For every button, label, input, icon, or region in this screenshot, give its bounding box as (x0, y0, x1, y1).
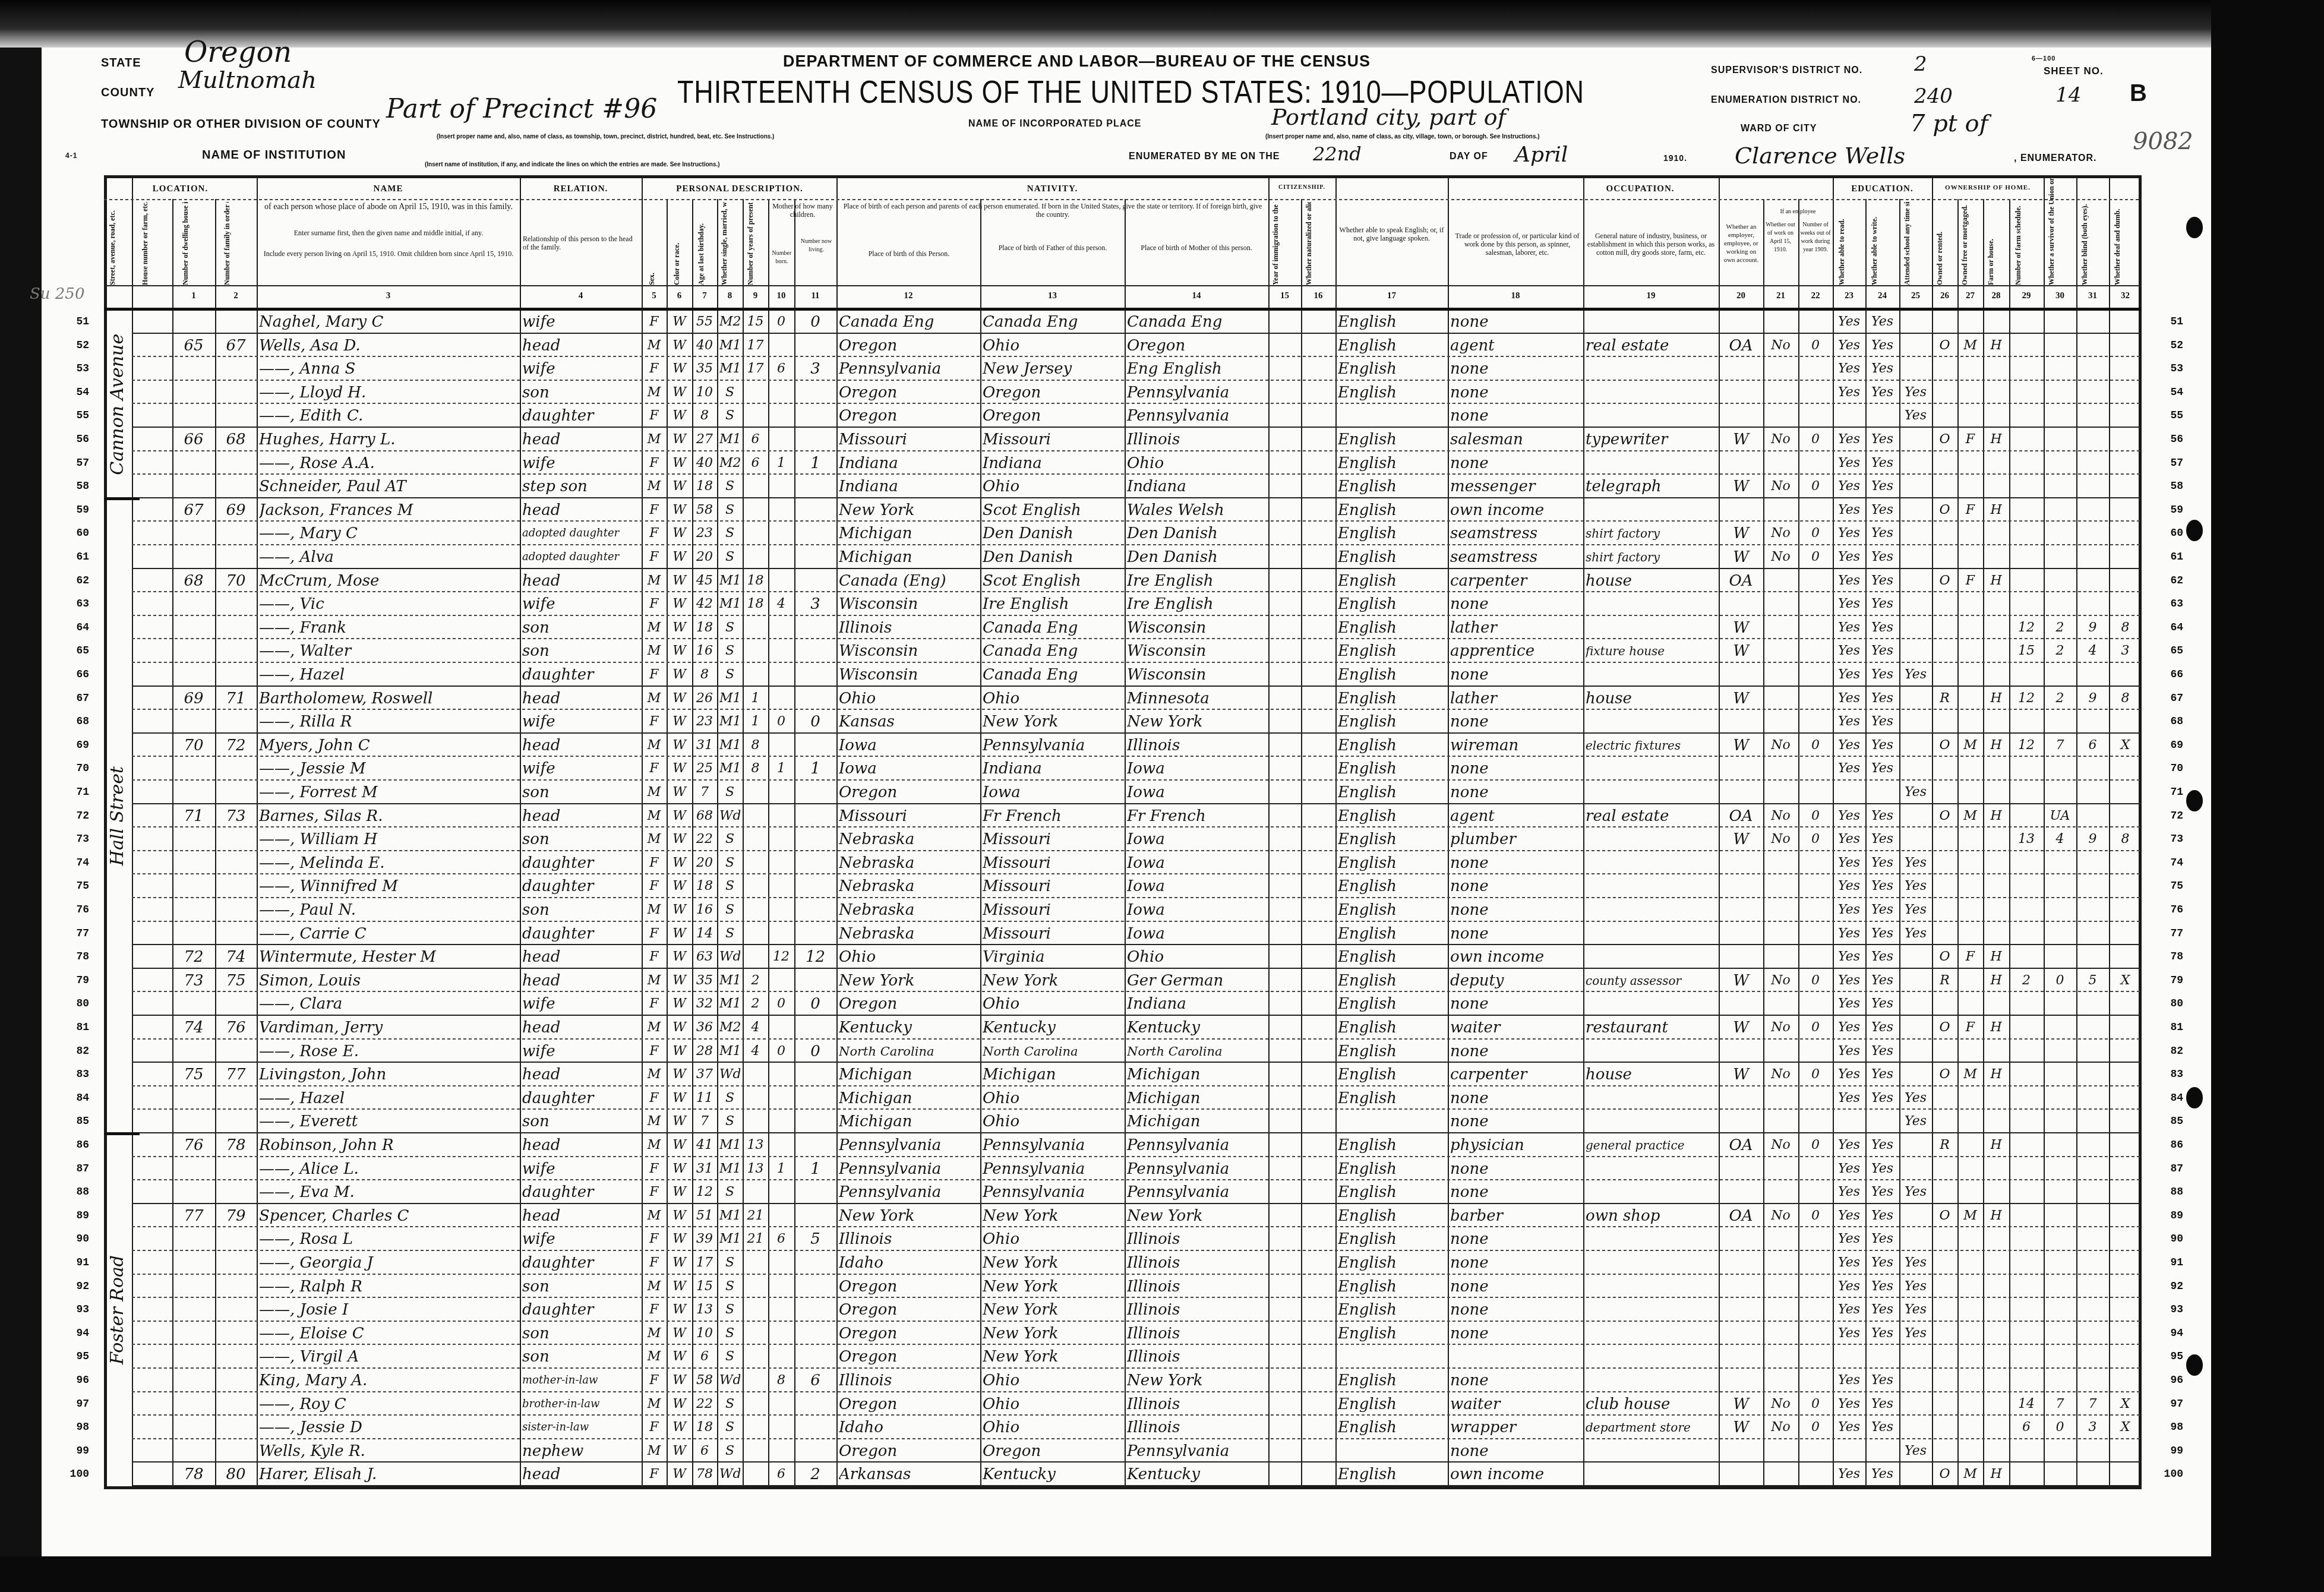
cell-fh: H (1985, 1463, 2007, 1486)
cell-mar: S (719, 852, 740, 874)
cell-eng: English (1338, 875, 1445, 898)
cell-emp: W (1721, 546, 1761, 568)
cell-trade: none (1450, 1181, 1581, 1204)
cell-c32: X (2111, 734, 2139, 757)
cell-mar: S (719, 1322, 740, 1345)
cell-emp: OA (1721, 1205, 1761, 1227)
cell-age: 36 (694, 1016, 715, 1039)
cell-fh: H (1985, 734, 2007, 757)
cell-bm: Iowa (1127, 923, 1266, 945)
column-divider (2076, 175, 2077, 1489)
row-number-right: 67 (2151, 693, 2183, 705)
out-of-work-header: Whether out of work on April 15, 1910. (1763, 221, 1798, 254)
cell-trade: none (1450, 875, 1581, 898)
row-number-left: 95 (56, 1351, 89, 1363)
cell-age: 13 (694, 1299, 715, 1321)
cell-age: 22 (694, 1393, 715, 1416)
header-rule (104, 285, 2142, 286)
cell-read: Yes (1835, 358, 1863, 380)
cell-sex: M (644, 381, 664, 404)
cell-color: W (669, 358, 690, 380)
employer-header: Whether an employer, employee, or workin… (1720, 223, 1763, 264)
cell-mar: S (719, 1416, 740, 1439)
cell-bf: Indiana (983, 757, 1122, 780)
cell-eng: English (1338, 1158, 1445, 1180)
cell-color: W (669, 1181, 690, 1204)
column-divider (172, 199, 173, 1489)
sheet-side: B (2130, 80, 2147, 107)
row-number-left: 75 (56, 880, 89, 892)
cell-color: W (669, 311, 690, 333)
cell-bm: Illinois (1127, 428, 1266, 451)
cell-fh: H (1985, 1016, 2007, 1039)
cell-c30: 2 (2046, 617, 2074, 639)
cell-write: Yes (1868, 923, 1897, 945)
cell-sex: M (644, 969, 664, 992)
cell-name: ——, Rose E. (259, 1040, 517, 1063)
cell-age: 68 (694, 805, 715, 827)
name-instruction-2: Enter surname first, then the given name… (261, 229, 516, 237)
row-number-left: 62 (56, 575, 89, 587)
scan-border-right (2211, 0, 2324, 1592)
cell-name: ——, Anna S (259, 358, 517, 380)
cell-sch: Yes (1902, 1322, 1930, 1345)
cell-bf: Ohio (983, 687, 1122, 710)
cell-age: 18 (694, 475, 715, 498)
cell-mar: S (719, 875, 740, 898)
weeks-out-header: Number of weeks out of work during year … (1798, 221, 1833, 254)
cell-wks: 0 (1801, 1416, 1830, 1439)
cell-rel: son (522, 1345, 639, 1368)
incorporated-label: NAME OF INCORPORATED PLACE (968, 119, 1141, 129)
cell-bm: Pennsylvania (1127, 1181, 1266, 1204)
column-number: 31 (2076, 291, 2109, 301)
cell-eng: English (1338, 828, 1445, 851)
ward-label: WARD OF CITY (1741, 124, 1817, 134)
owned-header: Owned or rented. (1935, 202, 1954, 285)
cell-eng: English (1338, 1063, 1445, 1086)
cell-sex: F (644, 1416, 664, 1439)
cell-born: 0 (771, 311, 792, 333)
cell-bf: Canada Eng (983, 640, 1122, 662)
cell-bf: Ohio (983, 1228, 1122, 1250)
cell-color: W (669, 334, 690, 357)
cell-name: Spencer, Charles C (259, 1205, 517, 1227)
row-number-right: 97 (2151, 1398, 2183, 1410)
cell-own: O (1934, 1016, 1955, 1039)
column-divider (743, 199, 744, 1489)
column-divider (1983, 199, 1984, 1489)
row-number-left: 100 (56, 1468, 89, 1480)
cell-mort: F (1960, 570, 1981, 592)
cell-rel: son (522, 381, 639, 404)
cell-sex: M (644, 1134, 664, 1157)
column-number: 9 (743, 291, 768, 301)
cell-sex: F (644, 757, 664, 780)
cell-read: Yes (1835, 1299, 1863, 1321)
cell-mar: M1 (719, 1040, 740, 1063)
cell-mar: S (719, 617, 740, 639)
row-number-left: 51 (56, 316, 89, 328)
veteran-header: Whether a survivor of the Union or Confe… (2047, 178, 2073, 285)
cell-sex: F (644, 1181, 664, 1204)
row-number-right: 85 (2151, 1116, 2183, 1127)
cell-bm: Indiana (1127, 993, 1266, 1015)
cell-bm: Minnesota (1127, 687, 1266, 710)
cell-wks: 0 (1801, 828, 1830, 851)
cell-yrs: 8 (745, 734, 766, 757)
cell-c30: 7 (2046, 1393, 2074, 1416)
cell-oow: No (1766, 734, 1796, 757)
cell-sch: Yes (1902, 1275, 1930, 1298)
cell-dw: 73 (175, 969, 213, 992)
cell-bf: Scot English (983, 499, 1122, 522)
cell-own: O (1934, 1063, 1955, 1086)
cell-c31: 7 (2079, 1393, 2107, 1416)
cell-dw: 69 (175, 687, 213, 710)
cell-color: W (669, 757, 690, 780)
cell-rel: head (522, 1134, 639, 1157)
cell-fh: H (1985, 946, 2007, 968)
cell-write: Yes (1868, 1205, 1897, 1227)
cell-trade: own income (1450, 946, 1581, 968)
cell-dw: 68 (175, 570, 213, 592)
cell-born: 6 (771, 1228, 792, 1250)
cell-age: 40 (694, 334, 715, 357)
cell-mar: M1 (719, 734, 740, 757)
age-header: Age at last birthday. (697, 202, 713, 285)
cell-trade: none (1450, 381, 1581, 404)
cell-eng: English (1338, 381, 1445, 404)
cell-name: ——, Walter (259, 640, 517, 662)
cell-name: ——, Alice L. (259, 1158, 517, 1180)
group-nativity: NATIVITY. (836, 184, 1268, 194)
cell-c30: 4 (2046, 828, 2074, 851)
cell-rel: wife (522, 311, 639, 333)
cell-write: Yes (1868, 664, 1897, 686)
cell-bf: Canada Eng (983, 311, 1122, 333)
cell-eng: English (1338, 781, 1445, 804)
cell-born: 12 (771, 946, 792, 968)
name-instruction-1: of each person whose place of abode on A… (261, 202, 516, 212)
cell-trade: none (1450, 1158, 1581, 1180)
row-number-left: 85 (56, 1116, 89, 1127)
form-code: 4-1 (65, 151, 77, 160)
cell-living: 1 (797, 452, 834, 475)
cell-yrs: 4 (745, 1040, 766, 1063)
row-number-right: 72 (2151, 810, 2183, 822)
cell-sched: 6 (2012, 1416, 2041, 1439)
row-number-left: 57 (56, 457, 89, 469)
cell-rel: son (522, 1322, 639, 1345)
row-number-right: 89 (2151, 1210, 2183, 1222)
cell-born: 1 (771, 1158, 792, 1180)
header-rule (104, 199, 2142, 200)
cell-dw: 67 (175, 499, 213, 522)
cell-name: ——, Edith C. (259, 405, 517, 427)
cell-read: Yes (1835, 664, 1863, 686)
cell-rel: wife (522, 358, 639, 380)
cell-trade: none (1450, 664, 1581, 686)
cell-mar: M2 (719, 452, 740, 475)
enumerated-month: April (1515, 143, 1568, 167)
cell-oow: No (1766, 1016, 1796, 1039)
column-divider (1798, 199, 1799, 1489)
column-number: 25 (1899, 291, 1932, 301)
cell-own: O (1934, 805, 1955, 827)
cell-read: Yes (1835, 687, 1863, 710)
cell-living: 1 (797, 757, 834, 780)
cell-color: W (669, 1087, 690, 1110)
cell-write: Yes (1868, 1393, 1897, 1416)
column-divider (1335, 175, 1337, 1489)
cell-read: Yes (1835, 710, 1863, 733)
row-number-left: 60 (56, 527, 89, 539)
year-label: 1910. (1663, 153, 1687, 163)
cell-name: ——, Hazel (259, 1087, 517, 1110)
cell-bm: Ger German (1127, 969, 1266, 992)
cell-born: 0 (771, 993, 792, 1015)
cell-bp: Oregon (839, 405, 978, 427)
cell-read: Yes (1835, 640, 1863, 662)
cell-bm: Pennsylvania (1127, 381, 1266, 404)
cell-read: Yes (1835, 1322, 1863, 1345)
column-number: 8 (717, 291, 743, 301)
cell-rel: nephew (522, 1440, 639, 1463)
column-number: 30 (2044, 291, 2076, 301)
cell-name: Robinson, John R (259, 1134, 517, 1157)
cell-ind: county assessor (1586, 969, 1716, 992)
cell-trade: none (1450, 1369, 1581, 1392)
cell-living: 0 (797, 1040, 834, 1063)
cell-mar: M2 (719, 1016, 740, 1039)
cell-trade: none (1450, 1087, 1581, 1110)
cell-wks: 0 (1801, 1063, 1830, 1086)
cell-mar: S (719, 1345, 740, 1368)
cell-fam: 80 (217, 1463, 254, 1486)
cell-name: ——, Clara (259, 993, 517, 1015)
cell-read: Yes (1835, 617, 1863, 639)
cell-bp: Canada (Eng) (839, 570, 978, 592)
cell-eng: English (1338, 640, 1445, 662)
cell-bf: Ohio (983, 1087, 1122, 1110)
cell-age: 22 (694, 828, 715, 851)
cell-c31: 9 (2079, 828, 2107, 851)
cell-age: 20 (694, 852, 715, 874)
cell-write: Yes (1868, 993, 1897, 1015)
row-number-right: 71 (2151, 786, 2183, 798)
cell-read: Yes (1835, 1040, 1863, 1063)
cell-write: Yes (1868, 1463, 1897, 1486)
color-header: Color or race. (672, 202, 687, 285)
cell-bp: Oregon (839, 1275, 978, 1298)
read-header: Whether able to read. (1837, 202, 1861, 285)
group-occupation: OCCUPATION. (1448, 184, 1833, 194)
cell-name: ——, Rosa L (259, 1228, 517, 1250)
cell-mar: S (719, 522, 740, 545)
row-number-left: 63 (56, 598, 89, 610)
cell-age: 23 (694, 522, 715, 545)
cell-bf: New York (983, 1322, 1122, 1345)
cell-read: Yes (1835, 311, 1863, 333)
column-divider (1125, 199, 1126, 1489)
row-number-left: 65 (56, 645, 89, 657)
column-divider (1583, 175, 1584, 1489)
cell-sch: Yes (1902, 1440, 1930, 1463)
cell-emp: W (1721, 687, 1761, 710)
cell-trade: barber (1450, 1205, 1581, 1227)
row-number-left: 87 (56, 1163, 89, 1175)
row-number-right: 61 (2151, 551, 2183, 563)
row-number-left: 98 (56, 1422, 89, 1433)
cell-bf: Ohio (983, 993, 1122, 1015)
cell-rel: head (522, 1016, 639, 1039)
cell-dw: 74 (175, 1016, 213, 1039)
cell-bp: Wisconsin (839, 640, 978, 662)
cell-color: W (669, 405, 690, 427)
cell-emp: OA (1721, 805, 1761, 827)
cell-sex: F (644, 358, 664, 380)
row-number-left: 78 (56, 951, 89, 963)
cell-born: 6 (771, 358, 792, 380)
cell-bp: Missouri (839, 428, 978, 451)
cell-sch: Yes (1902, 405, 1930, 427)
cell-age: 16 (694, 640, 715, 662)
cell-sex: F (644, 522, 664, 545)
cell-read: Yes (1835, 1275, 1863, 1298)
cell-mar: S (719, 1087, 740, 1110)
cell-eng: English (1338, 311, 1445, 333)
cell-age: 26 (694, 687, 715, 710)
cell-own: R (1934, 969, 1955, 992)
cell-write: Yes (1868, 546, 1897, 568)
cell-eng: English (1338, 923, 1445, 945)
cell-name: ——, Georgia J (259, 1252, 517, 1274)
cell-write: Yes (1868, 969, 1897, 992)
cell-trade: apprentice (1450, 640, 1581, 662)
cell-trade: none (1450, 1299, 1581, 1321)
cell-eng: English (1338, 1322, 1445, 1345)
row-number-right: 100 (2151, 1468, 2183, 1480)
cell-sched: 12 (2012, 617, 2041, 639)
row-number-right: 73 (2151, 833, 2183, 845)
cell-own: O (1934, 499, 1955, 522)
cell-sched: 14 (2012, 1393, 2041, 1416)
cell-eng: English (1338, 969, 1445, 992)
ward-value: 7 pt of (1910, 110, 1988, 137)
cell-own: O (1934, 1463, 1955, 1486)
cell-mar: M1 (719, 334, 740, 357)
cell-bp: Oregon (839, 781, 978, 804)
cell-read: Yes (1835, 1205, 1863, 1227)
cell-sex: M (644, 1205, 664, 1227)
cell-bp: Canada Eng (839, 311, 978, 333)
cell-yrs: 17 (745, 358, 766, 380)
cell-mort: M (1960, 805, 1981, 827)
cell-bf: New York (983, 1299, 1122, 1321)
cell-sex: F (644, 405, 664, 427)
cell-fam: 79 (217, 1205, 254, 1227)
county-value: Multnomah (178, 67, 317, 94)
birthplace-mother-header: Place of birth of Mother of this person. (1127, 244, 1266, 252)
cell-fam: 70 (217, 570, 254, 592)
row-number-right: 98 (2151, 1422, 2183, 1433)
row-number-left: 77 (56, 928, 89, 940)
cell-eng: English (1338, 852, 1445, 874)
cell-name: ——, Jessie D (259, 1416, 517, 1439)
cell-name: ——, Winnifred M (259, 875, 517, 898)
cell-living: 1 (797, 1158, 834, 1180)
column-divider (520, 175, 521, 1489)
cell-bf: Missouri (983, 899, 1122, 921)
cell-c30: 2 (2046, 687, 2074, 710)
cell-name: Wells, Asa D. (259, 334, 517, 357)
cell-living: 5 (797, 1228, 834, 1250)
cell-color: W (669, 499, 690, 522)
cell-name: ——, Virgil A (259, 1345, 517, 1368)
cell-color: W (669, 1393, 690, 1416)
cell-bp: Pennsylvania (839, 1158, 978, 1180)
cell-bf: Ohio (983, 334, 1122, 357)
immigration-header: Year of immigration to the United States… (1271, 202, 1299, 285)
cell-fh: H (1985, 805, 2007, 827)
cell-read: Yes (1835, 1134, 1863, 1157)
cell-color: W (669, 687, 690, 710)
cell-sch: Yes (1902, 1299, 1930, 1321)
cell-write: Yes (1868, 805, 1897, 827)
cell-mar: Wd (719, 1063, 740, 1086)
cell-bm: Michigan (1127, 1063, 1266, 1086)
row-number-right: 81 (2151, 1022, 2183, 1034)
cell-trade: none (1450, 710, 1581, 733)
cell-bp: Illinois (839, 1369, 978, 1392)
dwelling-header: Number of dwelling house in order of vis… (181, 202, 206, 285)
column-divider (215, 199, 216, 1489)
cell-bp: Oregon (839, 1393, 978, 1416)
cell-bp: New York (839, 969, 978, 992)
cell-read: Yes (1835, 522, 1863, 545)
street-divider (104, 497, 140, 500)
cell-bp: Indiana (839, 452, 978, 475)
cell-age: 8 (694, 664, 715, 686)
punch-hole (2186, 1354, 2203, 1376)
cell-fam: 72 (217, 734, 254, 757)
english-header: Whether able to speak English; or, if no… (1337, 226, 1447, 242)
cell-bp: Nebraska (839, 923, 978, 945)
enumerated-day: 22nd (1313, 143, 1362, 165)
cell-dw: 71 (175, 805, 213, 827)
cell-mar: M1 (719, 1205, 740, 1227)
cell-color: W (669, 546, 690, 568)
column-divider (1268, 175, 1270, 1489)
cell-born: 1 (771, 452, 792, 475)
cell-bp: Michigan (839, 1087, 978, 1110)
cell-sex: F (644, 1252, 664, 1274)
cell-bp: Kentucky (839, 1016, 978, 1039)
cell-color: W (669, 640, 690, 662)
cell-name: ——, William H (259, 828, 517, 851)
cell-color: W (669, 617, 690, 639)
cell-color: W (669, 710, 690, 733)
cell-oow: No (1766, 969, 1796, 992)
cell-sch: Yes (1902, 852, 1930, 874)
cell-trade: lather (1450, 617, 1581, 639)
cell-sex: F (644, 593, 664, 615)
cell-write: Yes (1868, 852, 1897, 874)
cell-mort: F (1960, 428, 1981, 451)
cell-eng: English (1338, 334, 1445, 357)
street-divider (104, 1132, 140, 1135)
